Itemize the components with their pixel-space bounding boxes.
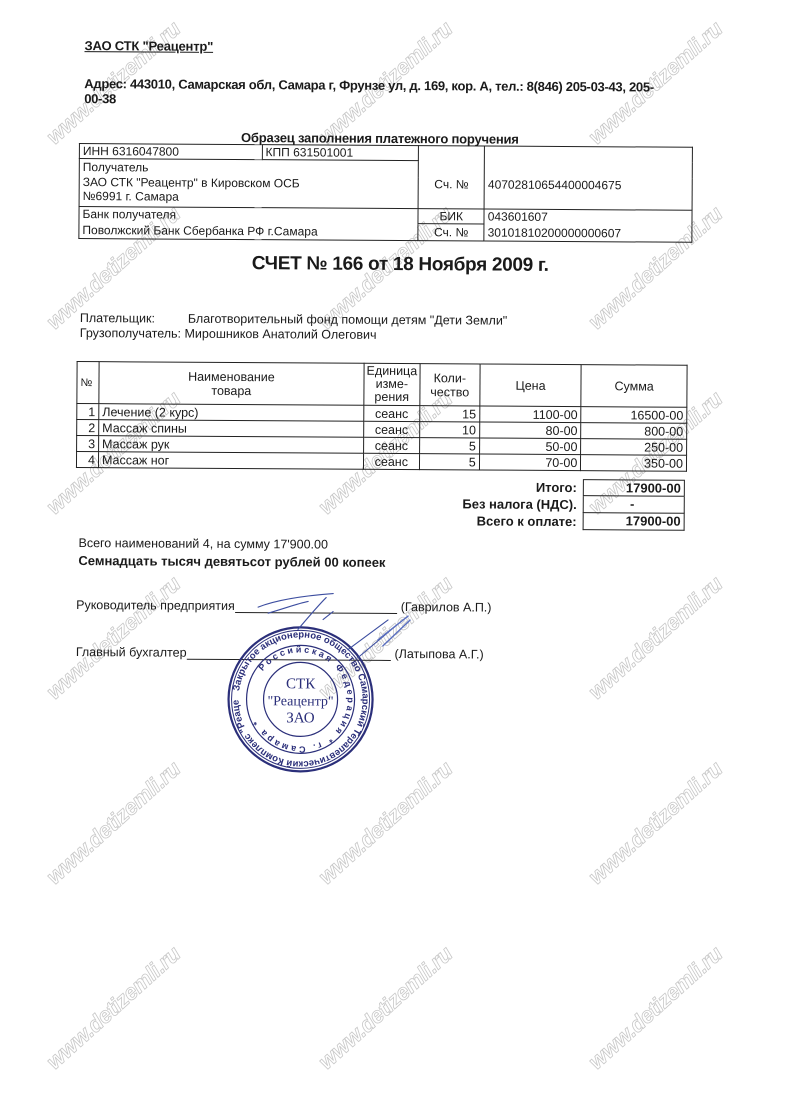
row-sum: 350-00 [581, 455, 687, 472]
row-qty: 5 [419, 454, 479, 470]
inn-cell: ИНН 6316047800 [79, 144, 262, 160]
recipient-value-cell: ЗАО СТК "Реацентр" в Кировском ОСБ №6991… [79, 175, 419, 209]
row-unit: сеанс [363, 437, 419, 453]
summary-amount-words: Семнадцать тысяч девятьсот рублей 00 коп… [78, 552, 385, 571]
header-sum: Сумма [581, 365, 687, 408]
grand-total-label: Всего к оплате: [379, 513, 583, 529]
tax-value: - [583, 496, 685, 514]
stamp-center-line3: ЗАО [286, 710, 315, 726]
stamp-center-line2: "Реацентр" [267, 694, 333, 709]
header-price: Цена [480, 364, 582, 407]
row-unit: сеанс [364, 421, 420, 437]
row-price: 70-00 [479, 454, 581, 471]
total-value: 17900-00 [583, 479, 685, 497]
consignee-value: Мирошников Анатолий Олегович [184, 327, 376, 342]
bank-label-cell: Банк получателя [79, 207, 418, 224]
corr-account-value-cell: 30101810200000000607 [484, 224, 692, 242]
recipient-label-cell: Получатель [79, 159, 418, 177]
row-unit: сеанс [363, 453, 419, 469]
row-price: 80-00 [479, 422, 581, 439]
summary-block: Всего наименований 4, на сумму 17'900.00… [78, 535, 385, 571]
row-qty: 5 [419, 438, 479, 454]
corr-account-label-cell: Сч. № [418, 224, 484, 241]
stamp-center-line1: СТК [286, 676, 316, 692]
row-sum: 800-00 [581, 423, 687, 440]
payer-value: Благотворительный фонд помощи детям "Дет… [188, 312, 507, 328]
grand-total-value: 17900-00 [583, 513, 685, 531]
table-row: 4 Массаж ног сеанс 5 70-00 350-00 [76, 452, 686, 472]
row-price: 50-00 [479, 438, 581, 455]
row-name: Массаж рук [99, 436, 364, 454]
row-num: 3 [77, 436, 99, 452]
bik-label-cell: БИК [418, 209, 484, 224]
header-name: Наименование товара [99, 362, 364, 406]
header-num: № [77, 362, 99, 404]
header-qty: Коли- чество [420, 364, 480, 406]
bik-value-cell: 043601607 [484, 209, 692, 225]
consignee-label: Грузополучатель: [80, 326, 181, 341]
handwritten-signature-icon [238, 589, 418, 670]
company-name: ЗАО СТК "Реацентр" [85, 38, 214, 54]
row-qty: 15 [420, 406, 480, 422]
row-name: Массаж спины [99, 420, 364, 438]
company-address: Адрес: 443010, Самарская обл, Самара г, … [84, 76, 664, 110]
row-num: 1 [77, 404, 99, 420]
row-unit: сеанс [364, 405, 420, 421]
header-unit: Единица изме- рения [364, 363, 420, 405]
row-sum: 16500-00 [581, 407, 687, 424]
row-num: 4 [76, 452, 98, 468]
row-price: 1100-00 [480, 406, 582, 423]
accountant-label: Главный бухгалтер [76, 645, 187, 660]
invoice-title: СЧЕТ № 166 от 18 Ноября 2009 г. [0, 252, 800, 279]
row-sum: 250-00 [581, 439, 687, 456]
payer-label: Плательщик: [80, 311, 188, 327]
payer-block: Плательщик:Благотворительный фонд помощи… [80, 311, 508, 344]
items-table: № Наименование товара Единица изме- рени… [76, 361, 688, 472]
director-label: Руководитель предприятия [76, 598, 235, 613]
row-name: Лечение (2 курс) [99, 404, 364, 422]
account-label-cell: Сч. № [418, 146, 484, 209]
summary-count-line: Всего наименований 4, на сумму 17'900.00 [78, 535, 385, 554]
row-qty: 10 [419, 422, 479, 438]
total-label: Итого: [379, 479, 583, 495]
invoice-page: ЗАО СТК "Реацентр" Адрес: 443010, Самарс… [0, 0, 800, 1098]
kpp-cell: КПП 631501001 [262, 145, 419, 161]
totals-block: Итого: 17900-00 Без налога (НДС). - Всег… [379, 478, 689, 531]
payment-details-table: ИНН 6316047800 КПП 631501001 Сч. № 40702… [78, 143, 693, 243]
row-num: 2 [77, 420, 99, 436]
row-name: Массаж ног [98, 452, 363, 470]
tax-label: Без налога (НДС). [379, 496, 583, 512]
bank-value-cell: Поволжский Банк Сбербанка РФ г.Самара [79, 222, 418, 241]
account-value-cell: 40702810654400004675 [484, 146, 692, 210]
